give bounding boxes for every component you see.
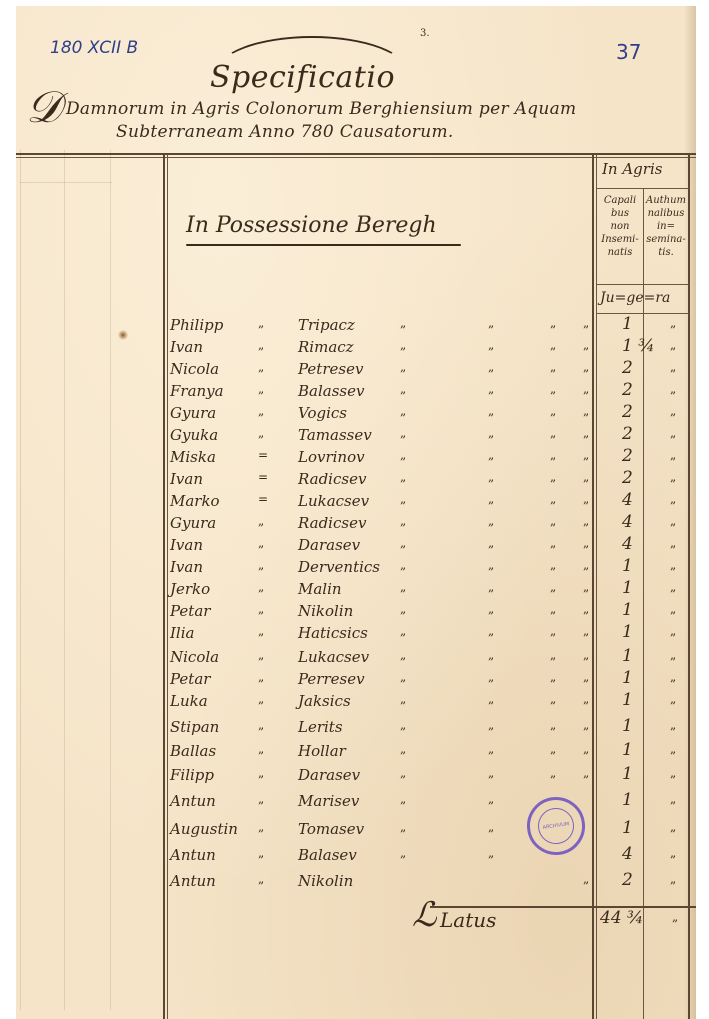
surname: Lerits (298, 718, 343, 736)
ditto-mark: „ (258, 846, 264, 860)
ditto-mark: „ (258, 536, 264, 550)
jugera-uncultivated-value: 1 (622, 578, 658, 598)
ditto-mark: „ (400, 470, 406, 484)
section-heading: In Possessione Beregh (186, 213, 437, 238)
jugera-uncultivated-value: 1 (622, 790, 658, 810)
table-row: Philipp„Tripacz„„„„1„ (170, 316, 590, 338)
table-row: Luka„Jaksics„„„„1„ (170, 692, 590, 714)
ditto-mark: „ (400, 624, 406, 638)
ditto-mark: „ (400, 648, 406, 662)
group-header-in-agris: In Agris (602, 160, 662, 178)
jugera-uncultivated-value: 1 (622, 600, 658, 620)
agris-column-rule (592, 155, 594, 1019)
jugera-uncultivated-value: 1 (622, 668, 658, 688)
ditto-mark: „ (583, 624, 589, 638)
ditto-mark: „ (258, 648, 264, 662)
jugera-autumn-value: „ (670, 580, 676, 594)
faint-rule (64, 150, 65, 1010)
ditto-mark: „ (583, 558, 589, 572)
ditto-mark: „ (400, 602, 406, 616)
total-label: Latus (440, 908, 496, 932)
ditto-mark: „ (488, 426, 494, 440)
jugera-uncultivated-value: 4 (622, 844, 658, 864)
table-row: Ivan„Darasev„„„„4„ (170, 536, 590, 558)
jugera-uncultivated-value: 1 (622, 764, 658, 784)
ditto-mark: = (258, 492, 268, 506)
surname: Nikolin (298, 872, 353, 890)
ditto-mark: „ (400, 580, 406, 594)
jugera-uncultivated-value: 2 (622, 446, 658, 466)
ditto-mark: „ (400, 820, 406, 834)
column-header-1-line: non (597, 220, 643, 233)
ditto-mark: „ (400, 360, 406, 374)
ditto-mark: „ (550, 742, 556, 756)
ditto-mark: „ (400, 448, 406, 462)
first-name: Luka (170, 692, 208, 710)
table-row: Stipan„Lerits„„„„1„ (170, 718, 590, 740)
ditto-mark: „ (583, 426, 589, 440)
first-name: Antun (170, 792, 216, 810)
surname: Malin (298, 580, 342, 598)
ditto-mark: „ (400, 536, 406, 550)
ditto-mark: „ (488, 692, 494, 706)
ditto-mark: „ (400, 846, 406, 860)
ditto-mark: „ (488, 792, 494, 806)
jugera-uncultivated-value: 2 (622, 424, 658, 444)
sheet-mark: 3. (420, 28, 430, 39)
page-number: 37 (616, 40, 641, 64)
first-name: Franya (170, 382, 224, 400)
latus-initial-flourish: ℒ (412, 898, 437, 932)
first-name: Nicola (170, 360, 219, 378)
ditto-mark: „ (258, 820, 264, 834)
jugera-uncultivated-value: 1 (622, 716, 658, 736)
ditto-mark: „ (583, 470, 589, 484)
ditto-mark: „ (550, 624, 556, 638)
ditto-mark: „ (488, 360, 494, 374)
ditto-mark: „ (583, 602, 589, 616)
first-name: Gyura (170, 404, 216, 422)
ditto-mark: „ (583, 492, 589, 506)
ditto-mark: „ (488, 536, 494, 550)
ditto-mark: „ (488, 718, 494, 732)
ditto-mark: „ (488, 470, 494, 484)
ditto-mark: „ (400, 670, 406, 684)
jugera-uncultivated-value: 4 (622, 512, 658, 532)
ditto-mark: „ (258, 404, 264, 418)
first-name: Nicola (170, 648, 219, 666)
column-header-1-line: Insemi- (597, 233, 643, 246)
ditto-mark: „ (400, 426, 406, 440)
table-row: Jerko„Malin„„„„1„ (170, 580, 590, 602)
jugera-autumn-value: „ (670, 514, 676, 528)
jugera-uncultivated-value: 1 (622, 690, 658, 710)
surname: Tomasev (298, 820, 364, 838)
first-name: Marko (170, 492, 220, 510)
table-row: Marko=Lukacsev„„„„4„ (170, 492, 590, 514)
archive-reference: 180 XCII B (50, 38, 138, 58)
jugera-autumn-value: „ (670, 360, 676, 374)
table-row: Ivan„Derventics„„„„1„ (170, 558, 590, 580)
ditto-mark: „ (488, 514, 494, 528)
ditto-mark: „ (400, 718, 406, 732)
first-name: Miska (170, 448, 216, 466)
surname: Tripacz (298, 316, 355, 334)
faint-rule (110, 150, 111, 1010)
ditto-mark: „ (400, 514, 406, 528)
jugera-uncultivated-value: 1 (622, 740, 658, 760)
ditto-mark: „ (583, 718, 589, 732)
column-header-2-line: nalibus (644, 207, 688, 220)
jugera-uncultivated-value: 1 (622, 622, 658, 642)
table-row: Gyuka„Tamassev„„„„2„ (170, 426, 590, 448)
table-row: Miska=Lovrinov„„„„2„ (170, 448, 590, 470)
ditto-mark: „ (258, 580, 264, 594)
ditto-mark: „ (583, 448, 589, 462)
ditto-mark: „ (550, 648, 556, 662)
ditto-mark: „ (583, 514, 589, 528)
surname: Lukacsev (298, 648, 369, 666)
ditto-mark: = (258, 470, 268, 484)
first-name: Gyura (170, 514, 216, 532)
ditto-mark: „ (258, 360, 264, 374)
ditto-mark: „ (258, 558, 264, 572)
surname: Darasev (298, 766, 360, 784)
total-value: 44 ¾ (600, 908, 644, 928)
header-rule-thin (16, 157, 696, 158)
ditto-mark: „ (550, 692, 556, 706)
first-name: Antun (170, 872, 216, 890)
table-row: Antun„Balasev„„4„ (170, 846, 590, 868)
ditto-mark: „ (488, 670, 494, 684)
ditto-mark: „ (583, 692, 589, 706)
table-row: Nicola„Petresev„„„„2„ (170, 360, 590, 382)
surname: Radicsev (298, 470, 366, 488)
first-name: Philipp (170, 316, 223, 334)
ditto-mark: „ (550, 514, 556, 528)
table-row: Gyura„Vogics„„„„2„ (170, 404, 590, 426)
jugera-autumn-value: „ (670, 316, 676, 330)
ditto-mark: „ (400, 692, 406, 706)
ditto-mark: „ (400, 316, 406, 330)
jugera-uncultivated-value: 1 (622, 646, 658, 666)
jugera-autumn-value: „ (670, 470, 676, 484)
surname: Hollar (298, 742, 346, 760)
table-row: Nicola„Lukacsev„„„„1„ (170, 648, 590, 670)
table-row: Filipp„Darasev„„„„1„ (170, 766, 590, 788)
jugera-autumn-value: „ (670, 766, 676, 780)
ditto-mark: „ (488, 742, 494, 756)
ditto-mark: „ (583, 766, 589, 780)
jugera-uncultivated-value: 1 (622, 818, 658, 838)
jugera-autumn-value: „ (670, 846, 676, 860)
ditto-mark: „ (400, 404, 406, 418)
ditto-mark: „ (400, 492, 406, 506)
surname: Tamassev (298, 426, 372, 444)
archive-stamp-inner: ARCHIVUM (536, 806, 577, 847)
surname: Rimacz (298, 338, 354, 356)
column-header-2-line: Authum (644, 194, 688, 207)
first-name: Jerko (170, 580, 210, 598)
ditto-mark: „ (258, 792, 264, 806)
jugera-autumn-value: „ (670, 718, 676, 732)
initial-capital-d: 𝒟 (26, 86, 61, 130)
ditto-mark: „ (550, 602, 556, 616)
ditto-mark: „ (550, 536, 556, 550)
ditto-mark: „ (583, 382, 589, 396)
table-row: Petar„Perresev„„„„1„ (170, 670, 590, 692)
column-header-2: Authum nalibus in= semina- tis. (644, 194, 688, 259)
jugera-uncultivated-value: 2 (622, 380, 658, 400)
jugera-autumn-value: „ (670, 404, 676, 418)
ditto-mark: „ (488, 602, 494, 616)
ditto-mark: „ (550, 492, 556, 506)
jugera-autumn-value: „ (670, 624, 676, 638)
ink-stain (118, 330, 128, 340)
ditto-mark: „ (583, 360, 589, 374)
ditto-mark: „ (400, 382, 406, 396)
surname: Derventics (298, 558, 380, 576)
ditto-mark: „ (550, 404, 556, 418)
faint-rule (20, 182, 112, 183)
first-name: Antun (170, 846, 216, 864)
first-name: Petar (170, 602, 210, 620)
jugera-uncultivated-value: 1 ¾ (622, 336, 658, 356)
jugera-autumn-value: „ (670, 558, 676, 572)
jugera-uncultivated-value: 2 (622, 468, 658, 488)
ditto-mark: „ (583, 316, 589, 330)
section-heading-underline (186, 244, 461, 246)
ditto-mark: „ (550, 316, 556, 330)
subtitle-line-2: Subterraneam Anno 780 Causatorum. (116, 121, 454, 143)
jugera-uncultivated-value: 2 (622, 402, 658, 422)
table-row: Ilia„Haticsics„„„„1„ (170, 624, 590, 646)
column-header-1-line: natis (597, 246, 643, 259)
unit-row-jugera: Ju=ge=ra (600, 290, 670, 306)
column-header-2-line: in= (644, 220, 688, 233)
name-column-rule-thin (167, 155, 168, 1019)
first-name: Ilia (170, 624, 194, 642)
column-header-1-line: Capali (597, 194, 643, 207)
faint-rule (20, 150, 21, 1010)
table-row: Ballas„Hollar„„„„1„ (170, 742, 590, 764)
surname: Radicsev (298, 514, 366, 532)
ditto-mark: „ (258, 338, 264, 352)
surname: Haticsics (298, 624, 368, 642)
ditto-mark: „ (488, 558, 494, 572)
jugera-autumn-value: „ (670, 692, 676, 706)
ditto-mark: „ (258, 670, 264, 684)
jugera-autumn-value: „ (670, 792, 676, 806)
ditto-mark: „ (258, 514, 264, 528)
column-header-2-line: tis. (644, 246, 688, 259)
ditto-mark: „ (488, 316, 494, 330)
ditto-mark: „ (550, 670, 556, 684)
column-header-1-line: bus (597, 207, 643, 220)
ditto-mark: „ (550, 470, 556, 484)
ditto-mark: „ (583, 580, 589, 594)
total-value-2: „ (672, 910, 678, 924)
ditto-mark: „ (488, 648, 494, 662)
table-row: Ivan=Radicsev„„„„2„ (170, 470, 590, 492)
ditto-mark: „ (583, 648, 589, 662)
first-name: Ivan (170, 558, 203, 576)
ditto-mark: „ (400, 792, 406, 806)
jugera-autumn-value: „ (670, 448, 676, 462)
document-title: Specificatio (210, 60, 395, 95)
ditto-mark: „ (258, 692, 264, 706)
ditto-mark: „ (258, 872, 264, 886)
column-header-1: Capali bus non Insemi- natis (597, 194, 643, 259)
ditto-mark: „ (258, 426, 264, 440)
first-name: Gyuka (170, 426, 218, 444)
ditto-mark: „ (258, 316, 264, 330)
ditto-mark: „ (400, 742, 406, 756)
surname: Vogics (298, 404, 347, 422)
first-name: Ivan (170, 470, 203, 488)
ditto-mark: „ (488, 382, 494, 396)
ditto-mark: „ (583, 742, 589, 756)
ditto-mark: „ (583, 536, 589, 550)
surname: Balasev (298, 846, 357, 864)
column-header-2-line: semina- (644, 233, 688, 246)
ditto-mark: „ (550, 382, 556, 396)
first-name: Filipp (170, 766, 214, 784)
ditto-mark: „ (550, 426, 556, 440)
surname: Jaksics (298, 692, 351, 710)
jugera-uncultivated-value: 1 (622, 314, 658, 334)
jugera-autumn-value: „ (670, 670, 676, 684)
ditto-mark: „ (258, 602, 264, 616)
ditto-mark: „ (400, 766, 406, 780)
jugera-uncultivated-value: 1 (622, 556, 658, 576)
name-column-rule (163, 155, 165, 1019)
ditto-mark: „ (258, 718, 264, 732)
header-rule (16, 153, 696, 155)
surname: Darasev (298, 536, 360, 554)
first-name: Augustin (170, 820, 238, 838)
table-row: Petar„Nikolin„„„„1„ (170, 602, 590, 624)
ditto-mark: „ (550, 448, 556, 462)
surname: Perresev (298, 670, 365, 688)
surname: Nikolin (298, 602, 353, 620)
ditto-mark: „ (258, 624, 264, 638)
group-header-rule (596, 188, 689, 189)
first-name: Petar (170, 670, 210, 688)
first-name: Ivan (170, 338, 203, 356)
table-row: Antun„Marisev„„1„ (170, 792, 590, 814)
ditto-mark: „ (488, 338, 494, 352)
ditto-mark: „ (488, 766, 494, 780)
ditto-mark: „ (550, 580, 556, 594)
jugera-autumn-value: „ (670, 338, 676, 352)
jugera-autumn-value: „ (670, 426, 676, 440)
jugera-autumn-value: „ (670, 820, 676, 834)
ditto-mark: „ (583, 872, 589, 886)
ditto-mark: „ (488, 404, 494, 418)
ditto-mark: = (258, 448, 268, 462)
ditto-mark: „ (488, 492, 494, 506)
first-name: Ivan (170, 536, 203, 554)
ditto-mark: „ (550, 338, 556, 352)
table-row: Franya„Balassev„„„„2„ (170, 382, 590, 404)
ditto-mark: „ (550, 558, 556, 572)
jugera-autumn-value: „ (670, 382, 676, 396)
ditto-mark: „ (258, 766, 264, 780)
ditto-mark: „ (400, 558, 406, 572)
ditto-mark: „ (488, 624, 494, 638)
jugera-autumn-value: „ (670, 492, 676, 506)
ditto-mark: „ (583, 670, 589, 684)
jugera-autumn-value: „ (670, 536, 676, 550)
ditto-mark: „ (488, 580, 494, 594)
jugera-uncultivated-value: 2 (622, 358, 658, 378)
jugera-uncultivated-value: 4 (622, 534, 658, 554)
column-header-rule (596, 284, 689, 285)
ditto-mark: „ (583, 338, 589, 352)
jugera-autumn-value: „ (670, 602, 676, 616)
surname: Marisev (298, 792, 359, 810)
surname: Balassev (298, 382, 364, 400)
ditto-mark: „ (550, 718, 556, 732)
ditto-mark: „ (583, 404, 589, 418)
jugera-autumn-value: „ (670, 648, 676, 662)
ditto-mark: „ (258, 742, 264, 756)
ditto-mark: „ (488, 846, 494, 860)
table-row: Antun„Nikolin„2„ (170, 872, 590, 894)
ditto-mark: „ (550, 360, 556, 374)
first-name: Stipan (170, 718, 219, 736)
ditto-mark: „ (400, 338, 406, 352)
jugera-autumn-value: „ (670, 872, 676, 886)
table-row: Ivan„Rimacz„„„„1 ¾„ (170, 338, 590, 360)
ditto-mark: „ (488, 820, 494, 834)
ditto-mark: „ (488, 448, 494, 462)
jugera-autumn-value: „ (670, 742, 676, 756)
jugera-uncultivated-value: 4 (622, 490, 658, 510)
jugera-uncultivated-value: 2 (622, 870, 658, 890)
ditto-mark: „ (258, 382, 264, 396)
table-row: Gyura„Radicsev„„„„4„ (170, 514, 590, 536)
surname: Lovrinov (298, 448, 365, 466)
subtitle-line-1: Damnorum in Agris Colonorum Berghiensium… (66, 98, 576, 120)
surname: Petresev (298, 360, 363, 378)
first-name: Ballas (170, 742, 216, 760)
surname: Lukacsev (298, 492, 369, 510)
ditto-mark: „ (550, 766, 556, 780)
